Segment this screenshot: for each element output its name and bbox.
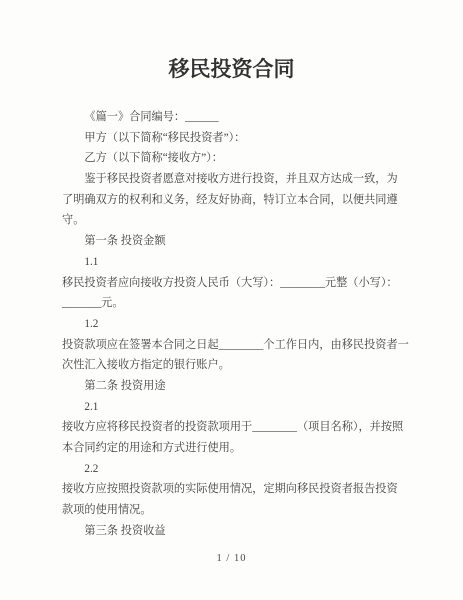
line-part-one-contract-number: 《篇一》合同编号：______: [62, 107, 405, 128]
clause-1-1-text-line-2: _______元。: [62, 293, 405, 314]
heading-article-1: 第一条 投资金额: [62, 231, 405, 252]
clause-1-2-text-line-1: 投资款项应在签署本合同之日起________个工作日内，由移民投资者一: [62, 335, 405, 356]
clause-number-1-1: 1.1: [62, 252, 405, 273]
clause-2-2-text-line-1: 接收方应按照投资款项的实际使用情况，定期向移民投资者报告投资: [62, 479, 405, 500]
document-body: 《篇一》合同编号：______ 甲方（以下简称“移民投资者”）： 乙方（以下简称…: [62, 107, 405, 541]
clause-2-1-text-line-2: 本合同约定的用途和方式进行使用。: [62, 438, 405, 459]
page-number: 1 / 10: [0, 549, 463, 569]
clause-1-1-text-line-1: 移民投资者应向接收方投资人民币（大写）：________元整（小写）：: [62, 273, 405, 294]
contract-document-page: 移民投资合同 《篇一》合同编号：______ 甲方（以下简称“移民投资者”）： …: [0, 0, 463, 600]
clause-number-2-1: 2.1: [62, 397, 405, 418]
clause-number-2-2: 2.2: [62, 459, 405, 480]
line-preamble-3: 守。: [62, 210, 405, 231]
heading-article-3: 第三条 投资收益: [62, 521, 405, 542]
line-preamble-2: 了明确双方的权利和义务，经友好协商，特订立本合同，以便共同遵: [62, 190, 405, 211]
document-title: 移民投资合同: [0, 52, 463, 86]
line-party-b: 乙方（以下简称“接收方”）：: [62, 148, 405, 169]
heading-article-2: 第二条 投资用途: [62, 376, 405, 397]
line-party-a: 甲方（以下简称“移民投资者”）：: [62, 128, 405, 149]
clause-2-1-text-line-1: 接收方应将移民投资者的投资款项用于________（项目名称），并按照: [62, 417, 405, 438]
line-preamble-1: 鉴于移民投资者愿意对接收方进行投资，并且双方达成一致，为: [62, 169, 405, 190]
clause-2-2-text-line-2: 款项的使用情况。: [62, 500, 405, 521]
clause-number-1-2: 1.2: [62, 314, 405, 335]
clause-1-2-text-line-2: 次性汇入接收方指定的银行账户。: [62, 355, 405, 376]
